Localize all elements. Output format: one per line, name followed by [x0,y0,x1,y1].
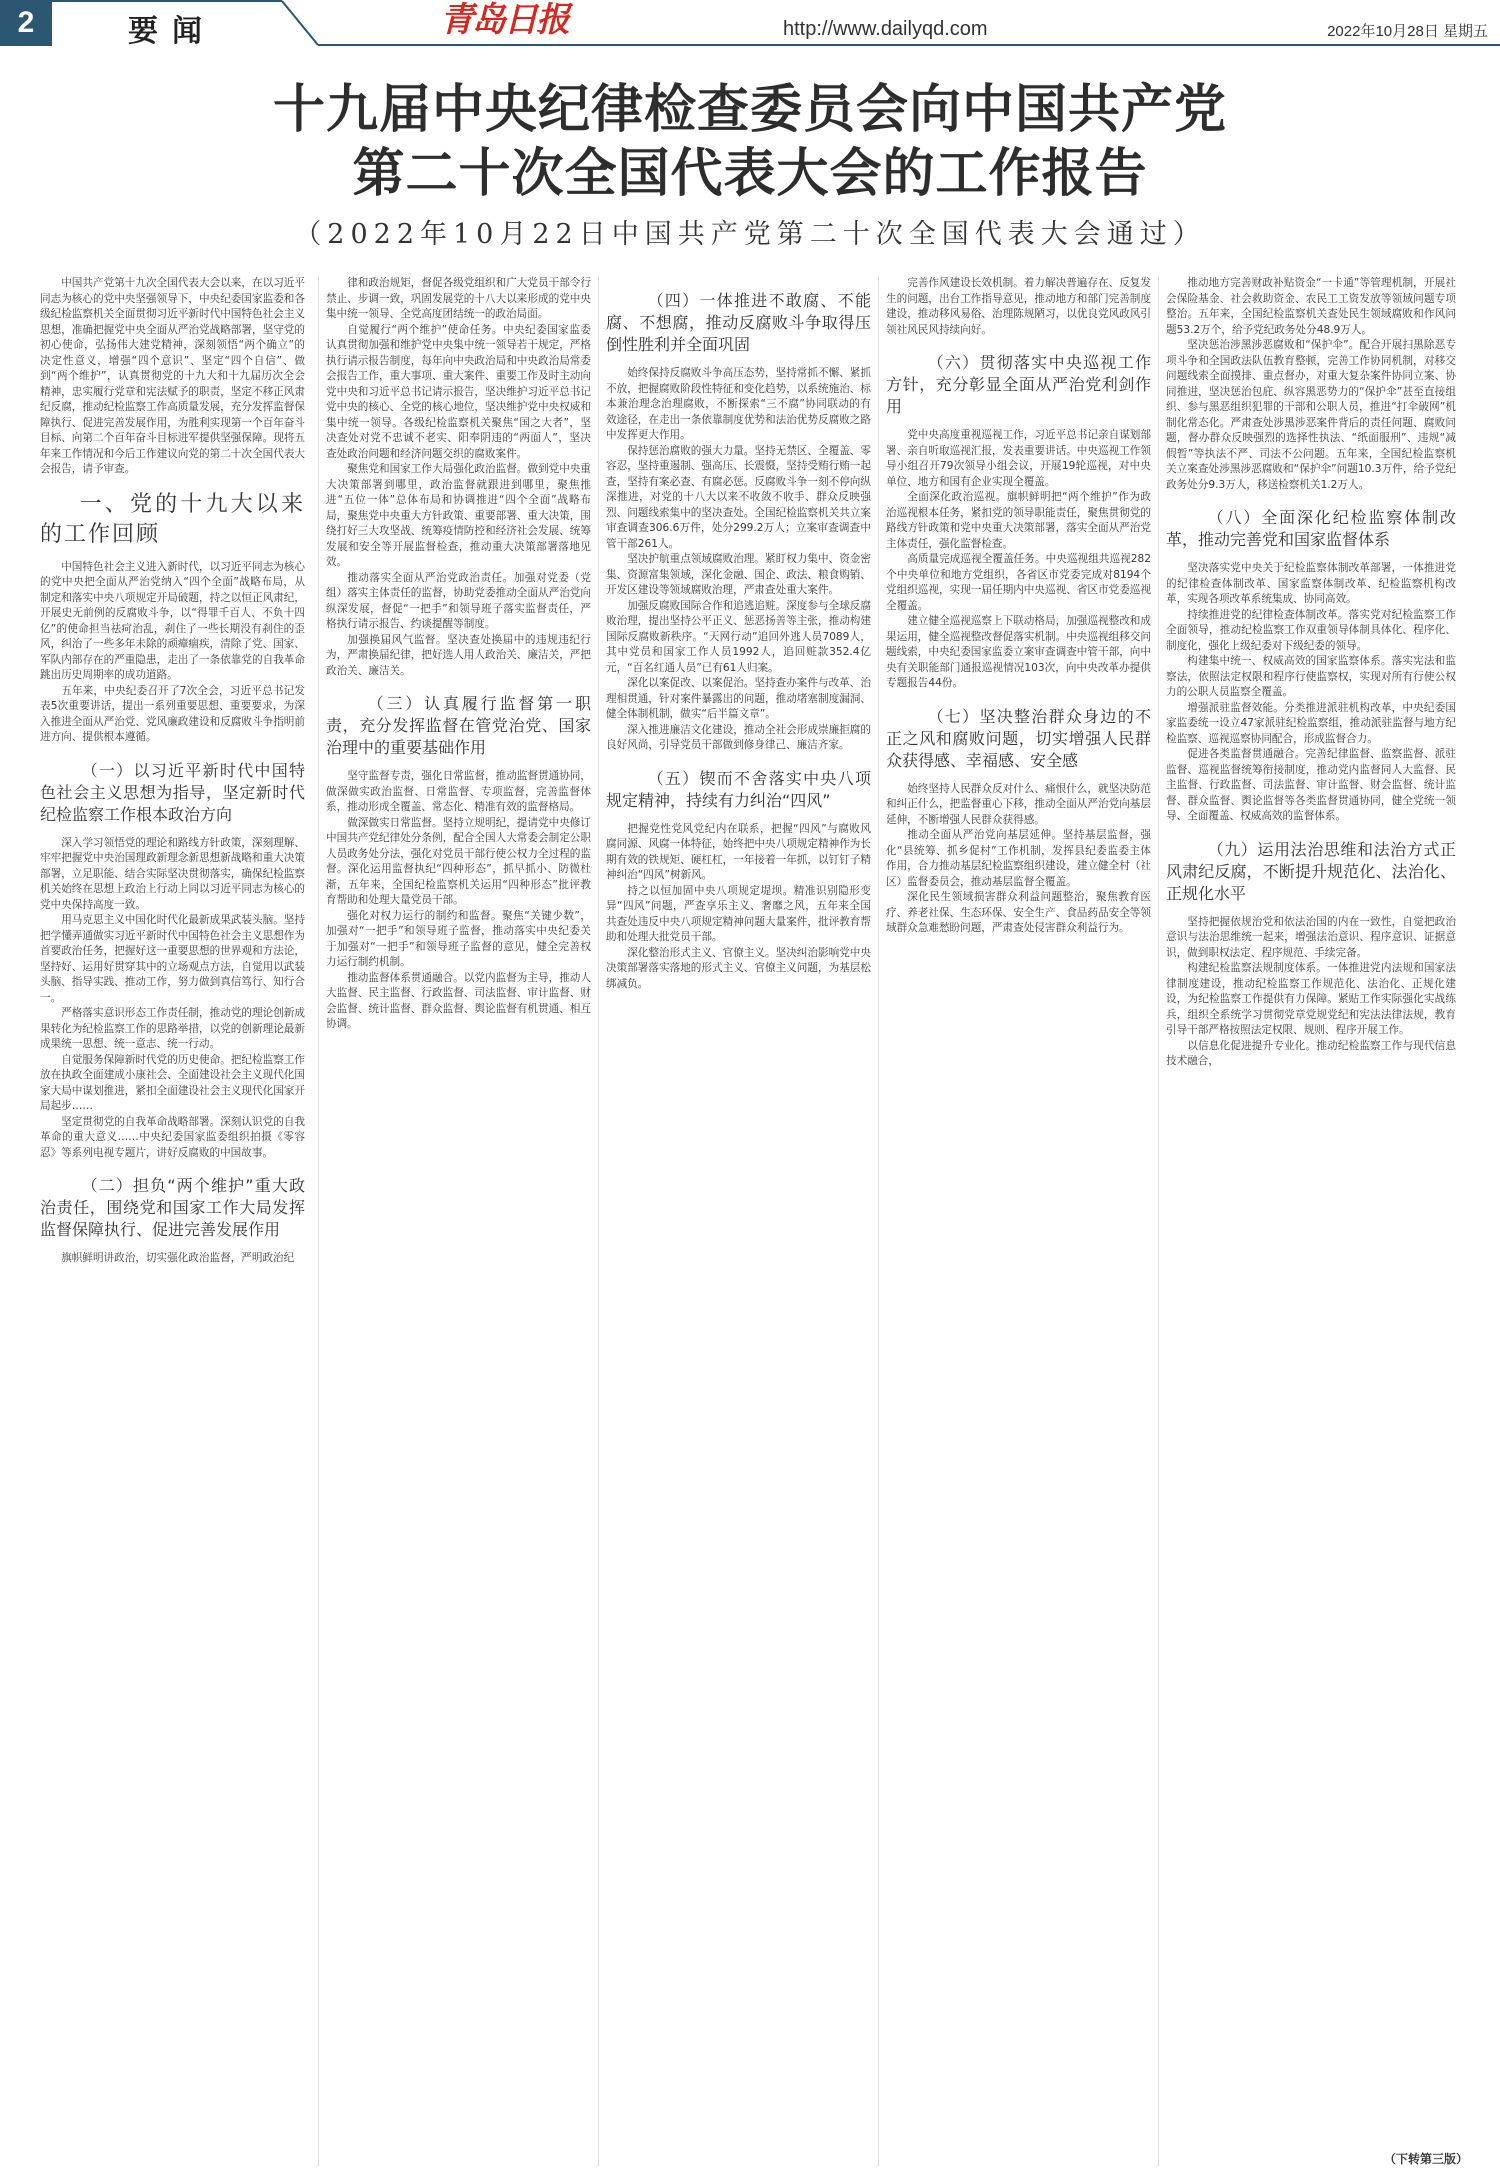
paragraph: 五年来，中央纪委召开了7次全会，习近平总书记发表5次重要讲话，提出一系列重要思想… [40,684,305,746]
newspaper-logo: 青岛日报 [440,0,568,40]
subsection-heading: （九）运用法治思维和法治方式正风肃纪反腐，不断提升规范化、法治化、正规化水平 [1166,839,1456,905]
issue-date: 2022年10月28日 星期五 [1327,20,1488,41]
masthead: 2 要闻 青岛日报 http://www.dailyqd.com 2022年10… [0,0,1500,48]
subsection-heading: （六）贯彻落实中央巡视工作方针，充分彰显全面从严治党利剑作用 [886,352,1151,418]
paragraph: 自觉履行“两个维护”使命任务。中央纪委国家监委认真贯彻加强和维护党中央集中统一领… [326,323,591,463]
paragraph: 深入推进廉洁文化建设，推动全社会形成崇廉拒腐的良好风尚，引导党员干部做到修身律己… [606,723,871,754]
paragraph: 持续推进党的纪律检查体制改革。落实党对纪检监察工作全面领导，推动纪检监察工作双重… [1166,608,1456,655]
subsection-heading: （七）坚决整治群众身边的不正之风和腐败问题，切实增强人民群众获得感、幸福感、安全… [886,706,1151,772]
paragraph: 党中央高度重视巡视工作，习近平总书记亲自谋划部署、亲自听取巡视汇报，发表重要讲话… [886,428,1151,490]
paragraph: 始终保持反腐败斗争高压态势，坚持常抓不懈、紧抓不放，把握腐败阶段性特征和变化趋势… [606,366,871,444]
paragraph: 聚焦党和国家工作大局强化政治监督。做到党中央重大决策部署到哪里，政治监督就跟进到… [326,462,591,571]
paragraph: 旗帜鲜明讲政治，切实强化政治监督，严明政治纪 [40,1251,305,1267]
paragraph: 中国共产党第十九次全国代表大会以来，在以习近平同志为核心的党中央坚强领导下，中央… [40,276,305,478]
paragraph: 高质量完成巡视全覆盖任务。中央巡视组共巡视282个中央单位和地方党组织，各省区市… [886,552,1151,614]
text-column-5: 推动地方完善财政补贴资金“一卡通”等管理机制，开展社会保险基金、社会救助资金、农… [1166,276,1456,1070]
paragraph: 坚定贯彻党的自我革命战略部署。深刻认识党的自我革命的重大意义……中央纪委国家监委… [40,1115,305,1162]
subsection-heading: （二）担负“两个维护”重大政治责任，围绕党和国家工作大局发挥监督保障执行、促进完… [40,1175,305,1241]
article-subtitle: （2022年10月22日中国共产党第二十次全国代表大会通过） [0,212,1500,251]
column-divider [318,276,319,2166]
paragraph: 强化对权力运行的制约和监督。聚焦“关键少数”，加强对“一把手”和领导班子监督，推… [326,909,591,971]
subsection-heading: （三）认真履行监督第一职责，充分发挥监督在管党治党、国家治理中的重要基础作用 [326,693,591,759]
masthead-rule-right [318,44,1500,46]
paragraph: 加强换届风气监督。坚决查处换届中的违规违纪行为，严肃换届纪律，把好选人用人政治关… [326,633,591,680]
paragraph: 全面深化政治巡视。旗帜鲜明把“两个维护”作为政治巡视根本任务，紧扣党的领导职能责… [886,490,1151,552]
paragraph: 构建纪检监察法规制度体系。一体推进党内法规和国家法律制度建设，推动纪检监察工作规… [1166,961,1456,1039]
paragraph: 自觉服务保障新时代党的历史使命。把纪检监察工作放在执政全面建成小康社会、全面建设… [40,1053,305,1115]
continuation-note: （下转第三版） [1384,2150,1468,2167]
paragraph: 深入学习领悟党的理论和路线方针政策，深刻理解、牢牢把握党中央治国理政新理念新思想… [40,836,305,914]
subsection-heading: （五）锲而不舍落实中央八项规定精神，持续有力纠治“四风” [606,768,871,812]
paragraph: 推动全面从严治党向基层延伸。坚持基层监督，强化“县统筹、抓乡促村”工作机制，发挥… [886,828,1151,890]
paragraph: 推动地方完善财政补贴资金“一卡通”等管理机制，开展社会保险基金、社会救助资金、农… [1166,276,1456,338]
paragraph: 构建集中统一、权威高效的国家监察体系。落实宪法和监察法，依照法定权限和程序行使监… [1166,654,1456,701]
column-divider [1158,276,1159,2166]
paragraph: 坚决落实党中央关于纪检监察体制改革部署，一体推进党的纪律检查体制改革、国家监察体… [1166,561,1456,608]
page-number: 2 [0,0,52,46]
text-column-1: 中国共产党第十九次全国代表大会以来，在以习近平同志为核心的党中央坚强领导下，中央… [40,276,305,1267]
headline-line-2: 第二十次全国代表大会的工作报告 [0,142,1500,206]
headline-line-1: 十九届中央纪律检查委员会向中国共产党 [0,78,1500,142]
paragraph: 深化以案促改、以案促治。坚持查办案件与改革、治理相贯通，针对案件暴露出的问题，推… [606,676,871,723]
masthead-rule [52,0,282,2]
paragraph: 做深做实日常监督。坚持立规明纪，提请党中央修订中国共产党纪律处分条例，配合全国人… [326,816,591,909]
subsection-heading: （一）以习近平新时代中国特色社会主义思想为指导，坚定新时代纪检监察工作根本政治方… [40,760,305,826]
paragraph: 深化整治形式主义、官僚主义。坚决纠治影响党中央决策部署落实落地的形式主义、官僚主… [606,946,871,993]
column-divider [598,276,599,2166]
subsection-heading: （八）全面深化纪检监察体制改革，推动完善党和国家监督体系 [1166,507,1456,551]
section-heading: 一、党的十九大以来的工作回顾 [40,490,305,550]
paragraph: 坚守监督专责，强化日常监督，推动监督贯通协同，做深做实政治监督、日常监督、专项监… [326,769,591,816]
paragraph: 建立健全巡视巡察上下联动格局，加强巡视整改和成果运用，健全巡视整改督促落实机制。… [886,614,1151,692]
paragraph: 增强派驻监督效能。分类推进派驻机构改革，中央纪委国家监委统一设立47家派驻纪检监… [1166,701,1456,748]
paragraph: 律和政治规矩，督促各级党组织和广大党员干部令行禁止、步调一致，巩固发展党的十八大… [326,276,591,323]
text-column-2: 律和政治规矩，督促各级党组织和广大党员干部令行禁止、步调一致，巩固发展党的十八大… [326,276,591,1033]
paragraph: 推动落实全面从严治党政治责任。加强对党委（党组）落实主体责任的监督，协助党委推动… [326,571,591,633]
text-column-4: 完善作风建设长效机制。着力解决普遍存在、反复发生的问题，出台工作指导意见，推动地… [886,276,1151,937]
paragraph: 促进各类监督贯通融合。完善纪律监督、监察监督、派驻监督、巡视监督统筹衔接制度，推… [1166,747,1456,825]
paragraph: 坚决惩治涉黑涉恶腐败和“保护伞”。配合开展扫黑除恶专项斗争和全国政法队伍教育整顿… [1166,338,1456,493]
paragraph: 严格落实意识形态工作责任制，推动党的理论创新成果转化为纪检监察工作的思路举措，以… [40,1006,305,1053]
paragraph: 用马克思主义中国化时代化最新成果武装头脑。坚持把学懂弄通做实习近平新时代中国特色… [40,913,305,1006]
paragraph: 把握党性党风党纪内在联系，把握“四风”与腐败风腐同源、风腐一体特征，始终把中央八… [606,822,871,884]
paragraph: 以信息化促进提升专业化。推动纪检监察工作与现代信息技术融合， [1166,1039,1456,1070]
paragraph: 加强反腐败国际合作和追逃追赃。深度参与全球反腐败治理，提出坚持公平正义、惩恶扬善… [606,599,871,677]
paragraph: 中国特色社会主义进入新时代，以习近平同志为核心的党中央把全面从严治党纳入“四个全… [40,560,305,684]
paragraph: 坚持把握依规治党和依法治国的内在一致性，自觉把政治意识与法治思维统一起来，增强法… [1166,915,1456,962]
paragraph: 持之以恒加固中央八项规定堤坝。精准识别隐形变异“四风”问题，严查享乐主义、奢靡之… [606,884,871,946]
subsection-heading: （四）一体推进不敢腐、不能腐、不想腐，推动反腐败斗争取得压倒性胜利并全面巩固 [606,290,871,356]
paragraph: 始终坚持人民群众反对什么、痛恨什么，就坚决防范和纠正什么，把监督重心下移，推动全… [886,782,1151,829]
column-divider [878,276,879,2166]
paragraph: 推动监督体系贯通融合。以党内监督为主导，推动人大监督、民主监督、行政监督、司法监… [326,971,591,1033]
text-column-3: （四）一体推进不敢腐、不能腐、不想腐，推动反腐败斗争取得压倒性胜利并全面巩固始终… [606,276,871,992]
paragraph: 坚决护航重点领域腐败治理。紧盯权力集中、资金密集、资源富集领域，深化金融、国企、… [606,552,871,599]
paragraph: 保持惩治腐败的强大力量。坚持无禁区、全覆盖、零容忍，坚持重遏制、强高压、长震慑，… [606,444,871,553]
article-headline: 十九届中央纪律检查委员会向中国共产党 第二十次全国代表大会的工作报告 [0,78,1500,206]
paragraph: 深化民生领域损害群众利益问题整治，聚焦教育医疗、养老社保、生态环保、安全生产、食… [886,890,1151,937]
masthead-slant-divider [282,0,318,46]
paragraph: 完善作风建设长效机制。着力解决普遍存在、反复发生的问题，出台工作指导意见，推动地… [886,276,1151,338]
site-url[interactable]: http://www.dailyqd.com [783,18,988,41]
section-name: 要闻 [128,6,216,50]
